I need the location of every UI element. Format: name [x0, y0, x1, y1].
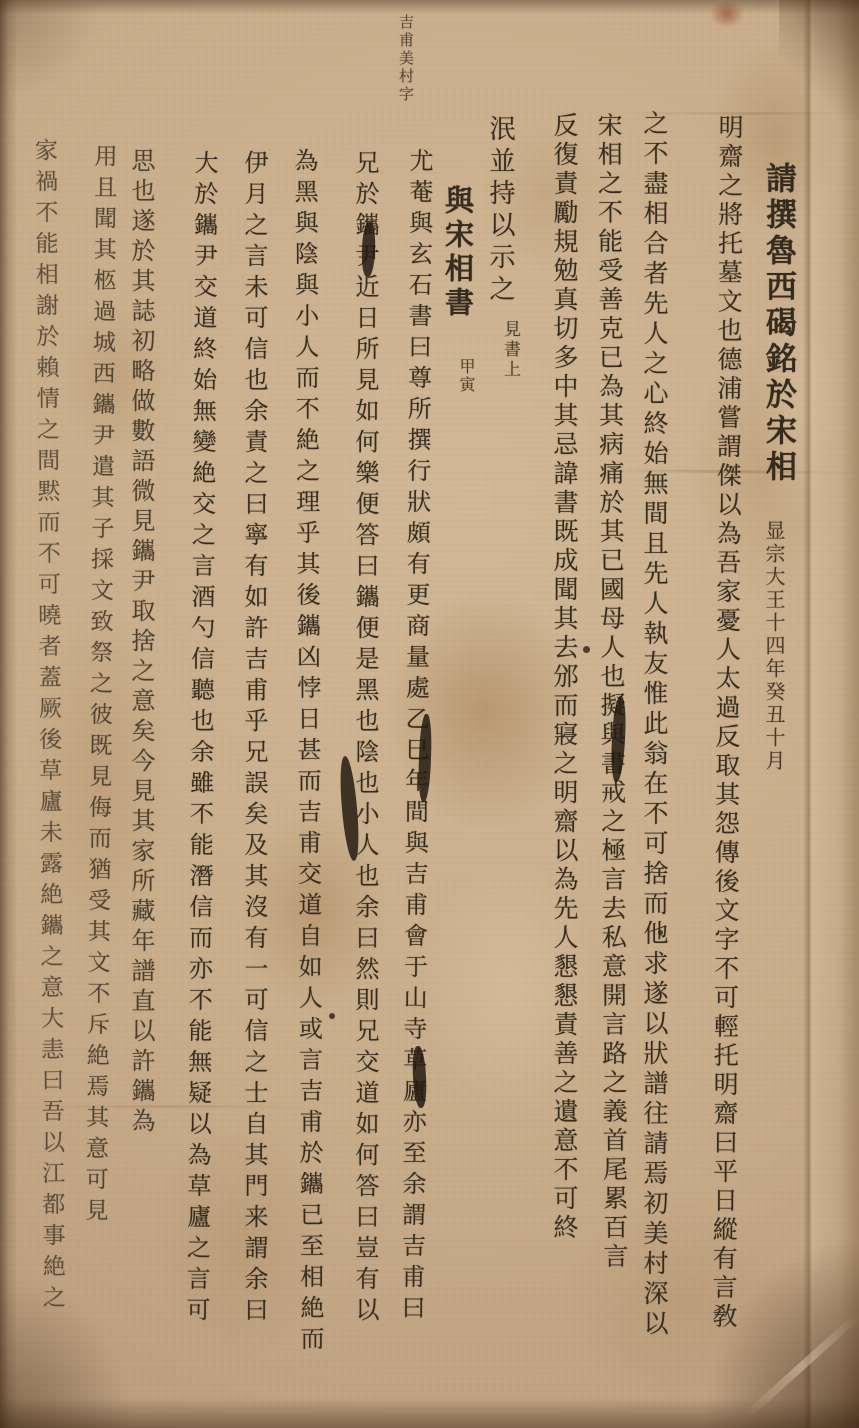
text-column-4: 反復責勵規勉真切多中其忌諱書既成聞其去邠而寢之明齋以為先人懇懇責善之遺意不可終 — [546, 112, 582, 1243]
see-letter-note: 見書上 — [498, 320, 523, 380]
top-left-corner-shadow — [0, 0, 120, 120]
section-date-note: 甲寅 — [455, 358, 478, 394]
ink-dot — [658, 930, 663, 935]
text-column-11: 思也遂於其誌初略做數語微見鑴尹取捨之意矣今見其家所藏年譜直以許鑴為 — [124, 148, 159, 1138]
manuscript-photo: 吉甫美村字 請撰魯西碣銘於宋相 显宗大王十四年癸丑十月 明齋之將托墓文也德浦嘗謂… — [0, 0, 859, 1428]
left-book-edge-shadow — [0, 0, 18, 1428]
ink-dot — [329, 1013, 335, 1019]
ink-dot — [583, 646, 590, 653]
title-date-note: 显宗大王十四年癸丑十月 — [760, 520, 789, 773]
top-edge-shadow — [0, 0, 859, 14]
text-column-7: 兄於鑴尹近日所見如何樂便答曰鑴便是黑也陰也小人也余曰然則兄交道如何答曰豈有以 — [348, 150, 383, 1328]
section-header: 與宋相書 — [438, 185, 479, 321]
text-column-2: 之不盡相合者先人之心終始無間且先人執友惟此翁在不可捨而他求遂以狀譜往請焉初美村深… — [636, 110, 672, 1340]
manuscript-title: 請撰魯西碣銘於宋相 — [756, 162, 801, 486]
margin-note: 吉甫美村字 — [396, 14, 417, 104]
text-column-3: 宋相之不能受善克已為其病痛於其已國母人也擬與書戒之極言去私意開言路之義首尾累百言 — [590, 112, 632, 1272]
text-column-1: 明齋之將托墓文也德浦嘗謂傑以為吾家憂人太過反取其怨傳後文字不可輕托明齋曰平日縱有… — [705, 114, 747, 1332]
text-column-5: 泯並持以示之 — [482, 115, 519, 307]
text-column-9: 伊月之言未可信也余責之曰寧有如許吉甫乎兄誤矣及其沒有一可信之士自其門来謂余曰 — [237, 150, 272, 1328]
text-column-8: 為黑與陰與小人而不絶之理乎其後鑴凶悖日甚而吉甫交道自如人或言吉甫於鑴已至相絶而 — [287, 148, 328, 1357]
bottom-left-corner-shadow — [0, 1258, 150, 1428]
top-right-corner-wear — [779, 0, 859, 120]
